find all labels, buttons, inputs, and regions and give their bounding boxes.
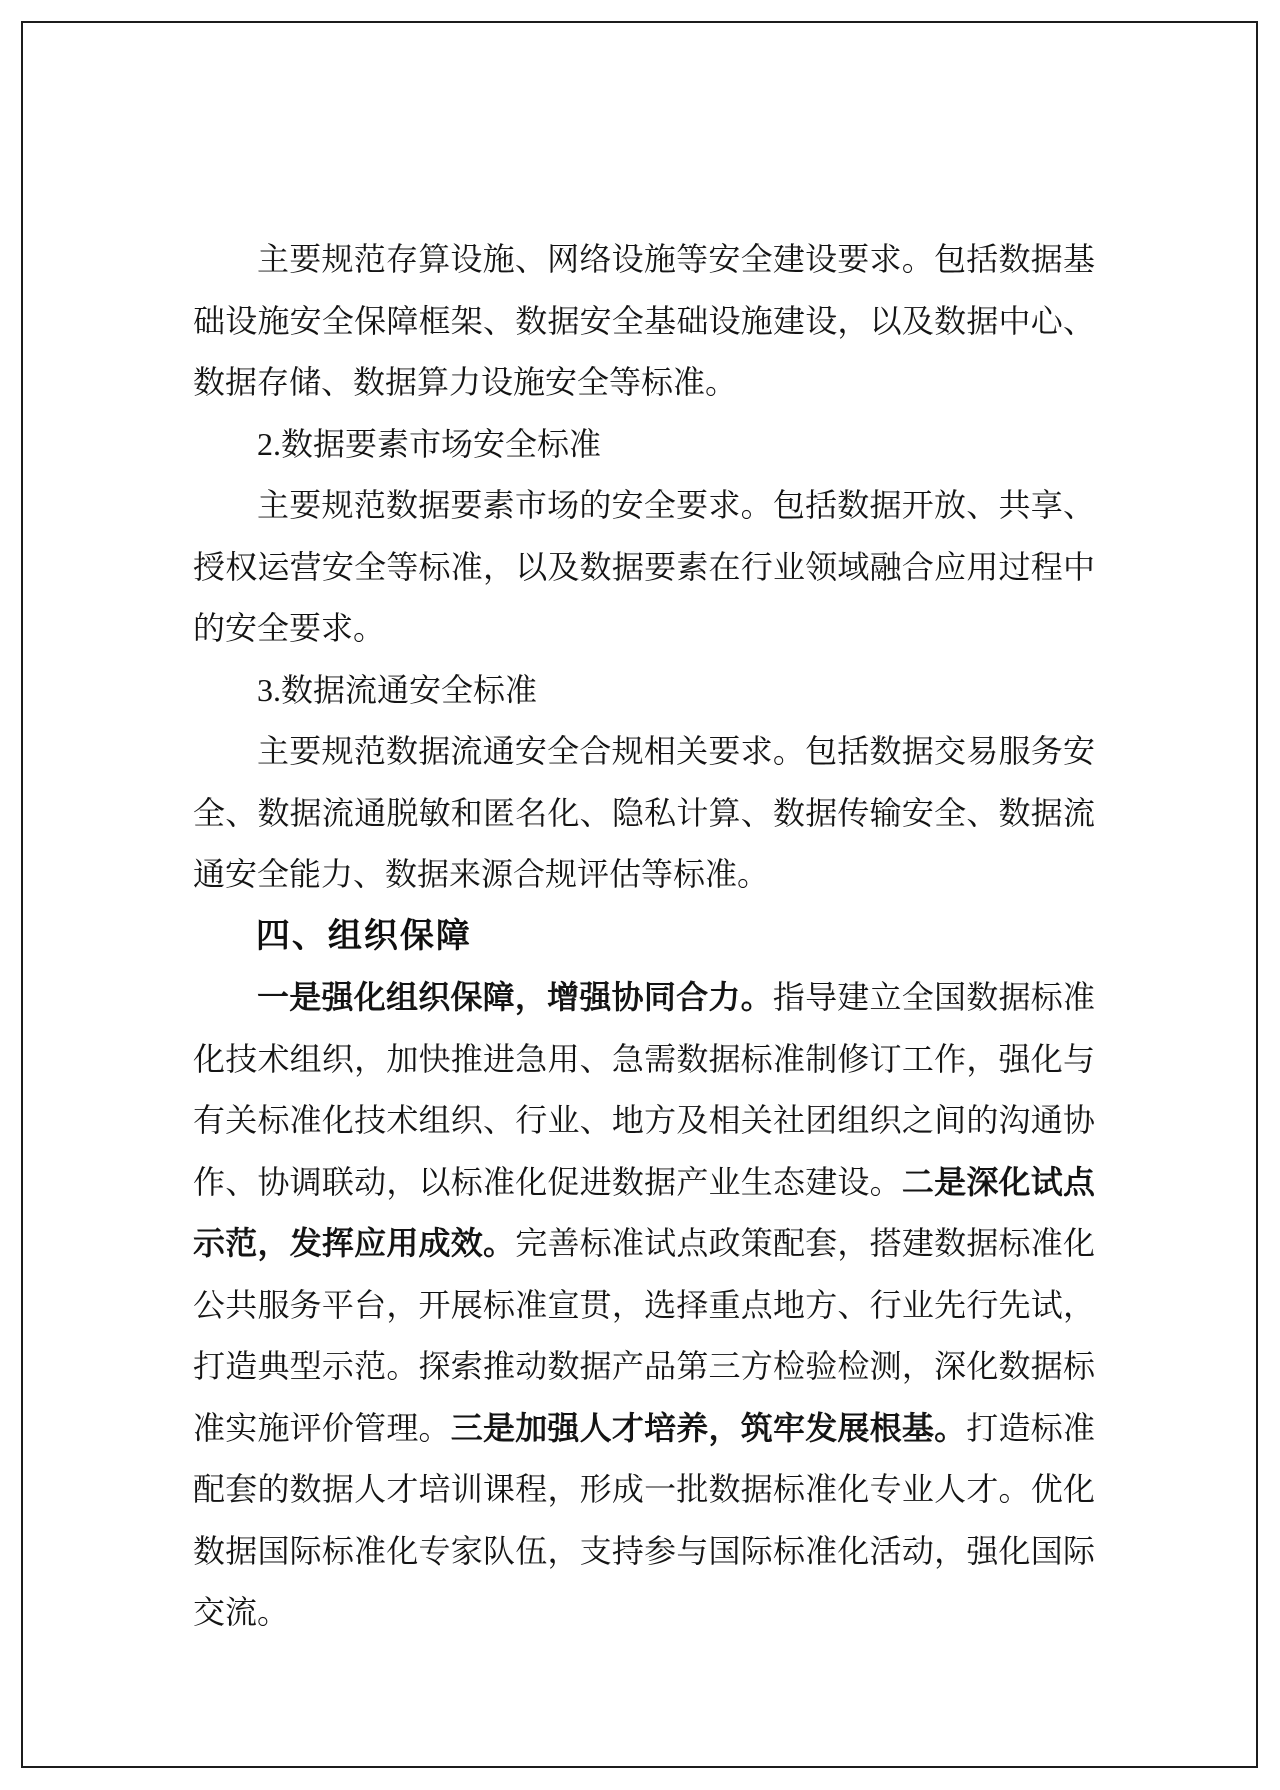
bold-run-measure-3: 三是加强人才培养，筑牢发展根基。 <box>451 1410 967 1446</box>
subheading-data-market-security: 2.数据要素市场安全标准 <box>193 414 1095 476</box>
paragraph-infra-security-desc: 主要规范存算设施、网络设施等安全建设要求。包括数据基础设施安全保障框架、数据安全… <box>193 229 1095 414</box>
paragraph-organization-measures: 一是强化组织保障，增强协同合力。指导建立全国数据标准化技术组织，加快推进急用、急… <box>193 967 1095 1644</box>
paragraph-data-market-desc: 主要规范数据要素市场的安全要求。包括数据开放、共享、授权运营安全等标准，以及数据… <box>193 475 1095 660</box>
paragraph-data-circulation-desc: 主要规范数据流通安全合规相关要求。包括数据交易服务安全、数据流通脱敏和匿名化、隐… <box>193 721 1095 906</box>
bold-run-measure-1: 一是强化组织保障，增强协同合力。 <box>257 979 773 1015</box>
document-content: 主要规范存算设施、网络设施等安全建设要求。包括数据基础设施安全保障框架、数据安全… <box>193 229 1095 1644</box>
subheading-data-circulation-security: 3.数据流通安全标准 <box>193 660 1095 722</box>
section-heading-organization-safeguards: 四、组织保障 <box>193 906 1095 968</box>
